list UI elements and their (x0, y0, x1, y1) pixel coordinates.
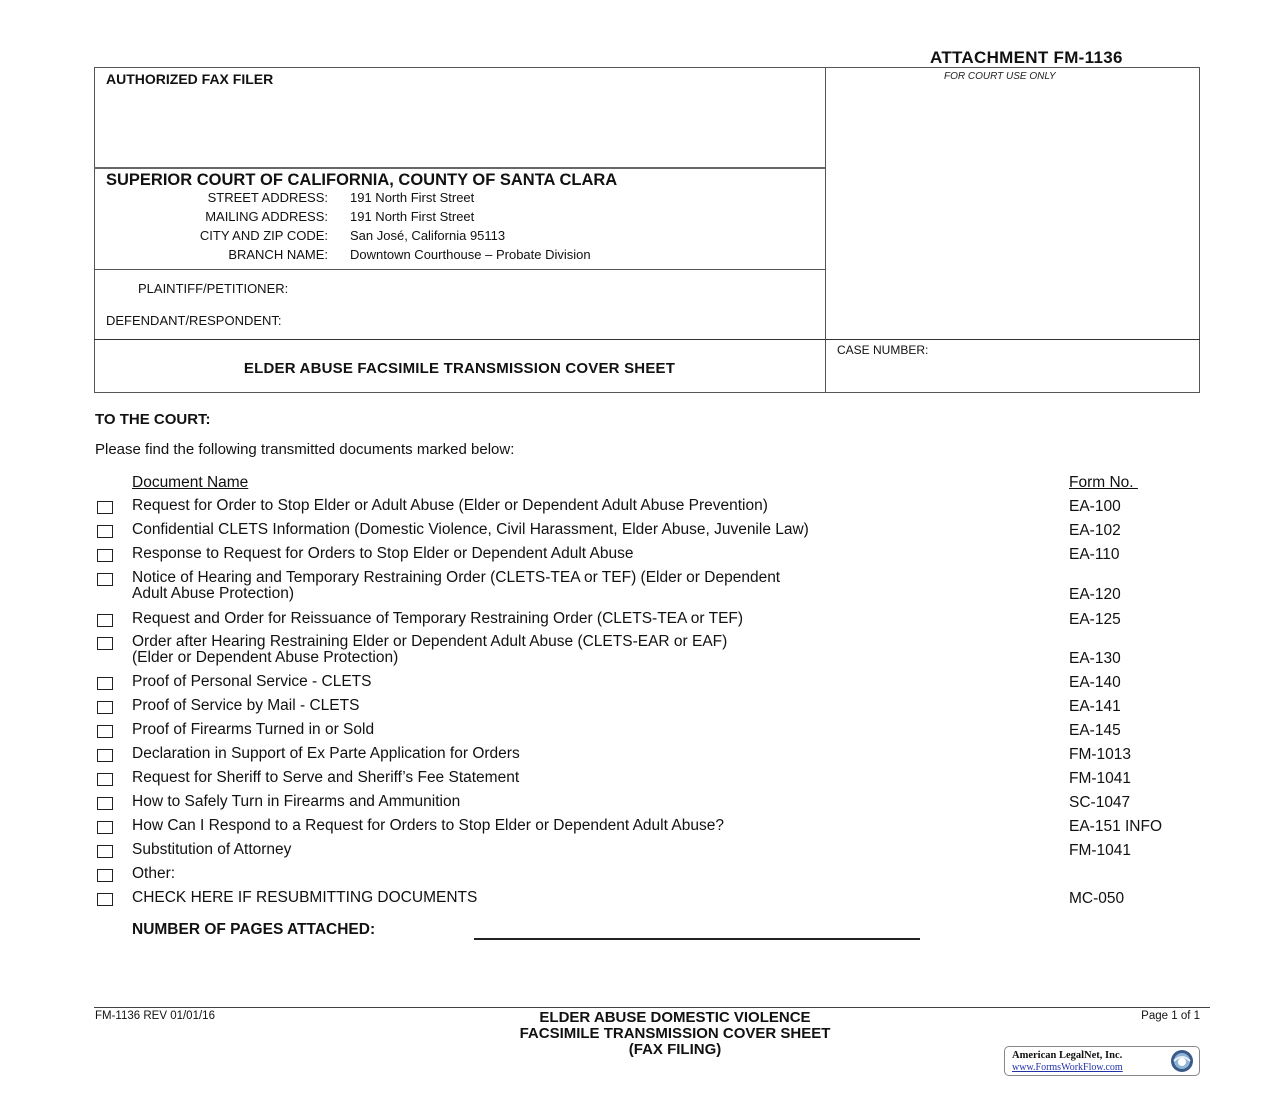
document-checkbox[interactable] (97, 614, 113, 627)
mailing-address-label: MAILING ADDRESS: (205, 209, 328, 224)
authorized-fax-filer-label: AUTHORIZED FAX FILER (106, 71, 273, 87)
caption-rule (94, 339, 1200, 340)
form-number: EA-151 INFO (1069, 818, 1162, 836)
document-name: How to Safely Turn in Firearms and Ammun… (132, 794, 1052, 810)
document-name: Proof of Service by Mail - CLETS (132, 698, 1052, 714)
city-zip-row: CITY AND ZIP CODE: San José, California … (106, 228, 806, 247)
branch-name-value: Downtown Courthouse – Probate Division (350, 247, 591, 262)
document-checkbox[interactable] (97, 773, 113, 786)
document-name-header: Document Name (132, 474, 248, 492)
document-name: CHECK HERE IF RESUBMITTING DOCUMENTS (132, 890, 1052, 906)
footer-title-line: ELDER ABUSE DOMESTIC VIOLENCE (400, 1010, 950, 1026)
city-zip-label: CITY AND ZIP CODE: (200, 228, 328, 243)
form-number: SC-1047 (1069, 794, 1130, 812)
mailing-address-value: 191 North First Street (350, 209, 474, 224)
to-court-heading: TO THE COURT: (95, 411, 211, 428)
form-number: FM-1041 (1069, 842, 1131, 860)
branch-name-row: BRANCH NAME: Downtown Courthouse – Proba… (106, 247, 806, 266)
document-checkbox[interactable] (97, 525, 113, 538)
city-zip-value: San José, California 95113 (350, 228, 505, 243)
street-address-value: 191 North First Street (350, 190, 474, 205)
form-number: MC-050 (1069, 890, 1124, 908)
caption-rule (94, 269, 825, 270)
form-number: EA-125 (1069, 611, 1121, 629)
form-number: EA-140 (1069, 674, 1121, 692)
form-number: EA-130 (1069, 650, 1121, 668)
document-checkbox[interactable] (97, 869, 113, 882)
street-address-label: STREET ADDRESS: (208, 190, 328, 205)
caption-divider (825, 67, 826, 393)
globe-icon (1170, 1049, 1194, 1073)
court-use-area (830, 88, 1196, 336)
document-name: Proof of Personal Service - CLETS (132, 674, 1052, 690)
document-checkbox[interactable] (97, 893, 113, 906)
document-name: Notice of Hearing and Temporary Restrain… (132, 570, 1052, 602)
form-number: EA-102 (1069, 522, 1121, 540)
document-name: Order after Hearing Restraining Elder or… (132, 634, 1052, 666)
form-number: EA-120 (1069, 586, 1121, 604)
pages-attached-field[interactable] (474, 938, 920, 940)
document-checkbox[interactable] (97, 637, 113, 650)
form-no-header: Form No. (1069, 474, 1138, 492)
caption-rule (94, 167, 825, 169)
document-name: How Can I Respond to a Request for Order… (132, 818, 1052, 834)
document-name: Declaration in Support of Ex Parte Appli… (132, 746, 1052, 762)
form-number: EA-100 (1069, 498, 1121, 516)
form-number: FM-1013 (1069, 746, 1131, 764)
attachment-label: ATTACHMENT FM-1136 (930, 48, 1123, 68)
street-address-row: STREET ADDRESS: 191 North First Street (106, 190, 806, 209)
document-checkbox[interactable] (97, 797, 113, 810)
document-name: Request for Sheriff to Serve and Sheriff… (132, 770, 1052, 786)
document-name: Substitution of Attorney (132, 842, 1052, 858)
court-name: SUPERIOR COURT OF CALIFORNIA, COUNTY OF … (106, 171, 617, 190)
footer-title-line: (FAX FILING) (400, 1042, 950, 1058)
publisher-badge[interactable]: American LegalNet, Inc. www.FormsWorkFlo… (1004, 1046, 1200, 1076)
form-number: EA-110 (1069, 546, 1120, 564)
authorized-fax-filer-field[interactable] (100, 92, 820, 164)
footer-title-line: FACSIMILE TRANSMISSION COVER SHEET (400, 1026, 950, 1042)
intro-text: Please find the following transmitted do… (95, 441, 514, 458)
form-number: EA-141 (1069, 698, 1121, 716)
document-checkbox[interactable] (97, 845, 113, 858)
document-checkbox[interactable] (97, 749, 113, 762)
publisher-link[interactable]: www.FormsWorkFlow.com (1012, 1062, 1123, 1073)
document-name: Request and Order for Reissuance of Temp… (132, 611, 1052, 627)
document-name: Other: (132, 866, 1052, 882)
document-name: Proof of Firearms Turned in or Sold (132, 722, 1052, 738)
form-number: FM-1041 (1069, 770, 1131, 788)
document-checkbox[interactable] (97, 701, 113, 714)
case-number-field[interactable] (835, 360, 1195, 388)
document-name: Confidential CLETS Information (Domestic… (132, 522, 1052, 538)
plaintiff-field[interactable] (335, 278, 815, 298)
court-use-only-label: FOR COURT USE ONLY (944, 71, 1056, 82)
document-checkbox[interactable] (97, 573, 113, 586)
defendant-label: DEFENDANT/RESPONDENT: (106, 313, 282, 328)
publisher-name: American LegalNet, Inc. (1012, 1050, 1122, 1061)
document-checkbox[interactable] (97, 501, 113, 514)
form-number: EA-145 (1069, 722, 1121, 740)
page-number: Page 1 of 1 (1120, 1010, 1200, 1022)
branch-name-label: BRANCH NAME: (228, 247, 328, 262)
mailing-address-row: MAILING ADDRESS: 191 North First Street (106, 209, 806, 228)
form-revision: FM-1136 REV 01/01/16 (95, 1010, 215, 1022)
footer-title: ELDER ABUSE DOMESTIC VIOLENCE FACSIMILE … (400, 1010, 950, 1058)
document-title: ELDER ABUSE FACSIMILE TRANSMISSION COVER… (94, 360, 825, 377)
document-checkbox[interactable] (97, 821, 113, 834)
pages-attached-label: NUMBER OF PAGES ATTACHED: (132, 921, 375, 939)
defendant-field[interactable] (335, 310, 815, 330)
case-number-label: CASE NUMBER: (837, 343, 928, 357)
document-checkbox[interactable] (97, 677, 113, 690)
document-checkbox[interactable] (97, 725, 113, 738)
plaintiff-label: PLAINTIFF/PETITIONER: (138, 281, 288, 296)
document-checkbox[interactable] (97, 549, 113, 562)
footer-rule (94, 1007, 1210, 1008)
document-name: Request for Order to Stop Elder or Adult… (132, 498, 1052, 514)
document-name: Response to Request for Orders to Stop E… (132, 546, 1052, 562)
